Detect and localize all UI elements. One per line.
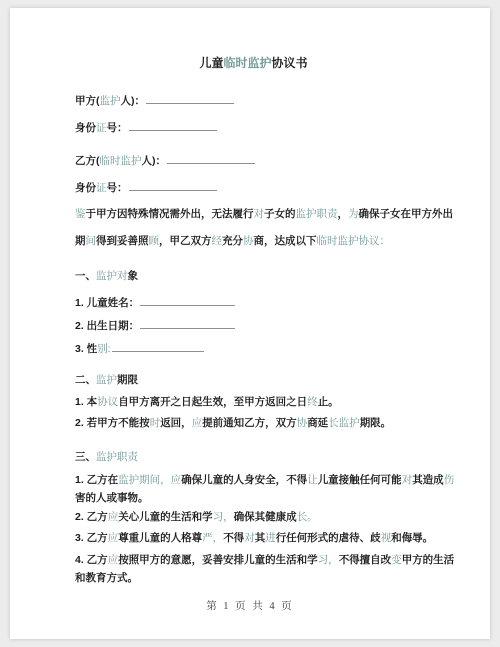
section-1-item-2: 2. 出生日期： <box>75 318 432 333</box>
text-segment: 1. 本 <box>75 396 97 408</box>
section-1-item-1: 1. 儿童姓名： <box>75 295 432 310</box>
text-segment: 得到妥善照 <box>96 235 149 247</box>
page-number-text: 第 1 页 共 4 页 <box>206 601 294 612</box>
text-segment: 应 <box>108 511 119 523</box>
text-segment: 对 <box>254 208 265 220</box>
preamble-line-1: 鉴于甲方因特殊情况需外出，无法履行对子女的监护职责，为确保子女在甲方外出 <box>75 208 432 221</box>
text-segment: 习， <box>318 554 339 566</box>
section-3-item-1-cont: 害的人或事物。 <box>75 492 432 505</box>
text-segment: 号： <box>107 182 128 194</box>
text-segment: 号： <box>107 122 128 134</box>
text-segment: 不得 <box>223 532 244 544</box>
text-segment: 监护职责 <box>96 451 138 463</box>
text-segment: 一、 <box>75 270 96 282</box>
text-segment: 和侮辱。 <box>391 532 433 544</box>
text-segment: 甲方( <box>75 95 100 107</box>
text-segment: 让 <box>307 474 318 486</box>
party-a-name-line: 甲方(监护人)： <box>75 93 432 108</box>
party-b-name-line: 乙方(临时监护人)： <box>75 153 432 168</box>
text-segment: 充分 <box>222 235 243 247</box>
text-segment: 确保子女在甲方外出 <box>359 208 454 220</box>
text-segment: 期限。 <box>360 417 392 429</box>
section-3-heading: 三、监护职责 <box>75 451 432 464</box>
text-segment: 三、 <box>75 451 96 463</box>
text-segment: 人)： <box>121 95 146 107</box>
text-segment: 3. 性 <box>75 343 97 355</box>
text-segment: 临时监护 <box>100 155 142 167</box>
text-segment: 监护 <box>100 95 121 107</box>
section-2-item-1: 1. 本协议自甲方离开之日起生效，至甲方返回之日终止。 <box>75 396 432 409</box>
section-3-item-4-cont: 和教育方式。 <box>75 572 432 585</box>
text-segment: 2. 出生日期： <box>75 320 139 332</box>
text-segment: 儿童接触任何可能 <box>318 474 402 486</box>
text-segment: 协 <box>297 417 308 429</box>
section-1-heading: 一、监护对象 <box>75 270 432 283</box>
text-segment: 证 <box>96 122 107 134</box>
text-segment: 其 <box>255 532 266 544</box>
document-body: 儿童临时监护协议书甲方(监护人)：身份证号：乙方(临时监护人)：身份证号：鉴于甲… <box>75 55 432 585</box>
text-segment: 关心儿童的生活和学 <box>118 511 213 523</box>
section-2-item-2: 2. 若甲方不能按时返回，应提前通知乙方，双方协商延长监护期限。 <box>75 417 432 430</box>
text-segment: 人)： <box>142 155 167 167</box>
text-segment: 应 <box>108 554 119 566</box>
section-3-item-4: 4. 乙方应按照甲方的意愿，妥善安排儿童的生活和学习，不得擅自改变甲方的生活 <box>75 554 432 567</box>
document-page: 儿童临时监护协议书甲方(监护人)：身份证号：乙方(临时监护人)：身份证号：鉴于甲… <box>10 8 490 639</box>
text-segment: 期 <box>75 235 86 247</box>
text-segment: 为 <box>348 208 359 220</box>
text-segment: 商延 <box>307 417 328 429</box>
text-segment: 变 <box>391 554 402 566</box>
text-segment: ， <box>338 208 349 220</box>
text-segment: 商，达成以下 <box>254 235 317 247</box>
text-segment: 监护职责 <box>296 208 338 220</box>
text-segment: 象 <box>128 270 139 282</box>
text-segment: 应 <box>108 532 119 544</box>
text-segment: 协议 <box>97 396 118 408</box>
text-segment: 身份 <box>75 122 96 134</box>
text-segment: 儿童 <box>199 56 223 70</box>
text-segment: 子女的 <box>264 208 296 220</box>
text-segment: 终 <box>307 396 318 408</box>
text-segment: 临时监护协议： <box>317 235 391 247</box>
text-segment: 返回， <box>160 417 192 429</box>
text-segment: 乙方( <box>75 155 100 167</box>
text-segment: 尊重儿童的人格尊 <box>118 532 202 544</box>
text-segment: 其造成 <box>412 474 444 486</box>
text-segment: 长。 <box>297 511 318 523</box>
document-title: 儿童临时监护协议书 <box>75 55 432 71</box>
text-segment: 对 <box>402 474 413 486</box>
party-b-id-line: 身份证号： <box>75 180 432 195</box>
text-segment: 协 <box>243 235 254 247</box>
text-segment: 临时监护 <box>223 56 271 70</box>
text-segment: 身份 <box>75 182 96 194</box>
text-segment: 害的人或事物。 <box>75 492 149 504</box>
text-segment: 应 <box>192 417 203 429</box>
blank-underline <box>140 295 235 306</box>
blank-underline <box>146 93 234 104</box>
text-segment: 甲方的生活 <box>402 554 455 566</box>
text-segment: 间 <box>86 235 97 247</box>
section-3-item-3: 3. 乙方应尊重儿童的人格尊严，不得对其进行任何形式的虐待、歧视和侮辱。 <box>75 532 432 545</box>
text-segment: 伤 <box>444 474 455 486</box>
text-segment: 2. 乙方 <box>75 511 108 523</box>
text-segment: 长监护 <box>328 417 360 429</box>
text-segment: 期限 <box>117 374 138 386</box>
text-segment: 1. 乙方在 <box>75 474 118 486</box>
text-segment: 2. 若甲方不能按 <box>75 417 150 429</box>
text-segment: 止。 <box>318 396 339 408</box>
document-viewer-canvas: 儿童临时监护协议书甲方(监护人)：身份证号：乙方(临时监护人)：身份证号：鉴于甲… <box>0 0 500 647</box>
text-segment: 别: <box>97 343 110 355</box>
blank-underline <box>140 318 235 329</box>
party-a-id-line: 身份证号： <box>75 120 432 135</box>
text-segment: 1. 儿童姓名： <box>75 297 139 309</box>
section-1-item-3: 3. 性别: <box>75 341 432 356</box>
text-segment: 和教育方式。 <box>75 572 138 584</box>
text-segment: 监护期间，应 <box>118 474 181 486</box>
page-footer: 第 1 页 共 4 页 <box>10 600 490 613</box>
text-segment: 确保儿童的人身安全，不得 <box>181 474 307 486</box>
text-segment: 监护 <box>96 374 117 386</box>
text-segment: 行任何形式的虐待、歧 <box>276 532 381 544</box>
blank-underline <box>112 341 204 352</box>
text-segment: 经 <box>212 235 223 247</box>
text-segment: 确保其健康成 <box>234 511 297 523</box>
text-segment: 时 <box>150 417 161 429</box>
preamble-line-2: 期间得到妥善照顾，甲乙双方经充分协商，达成以下临时监护协议： <box>75 235 432 248</box>
blank-underline <box>167 153 255 164</box>
text-segment: 协议书 <box>272 56 308 70</box>
text-segment: 提前通知乙方，双方 <box>202 417 297 429</box>
text-segment: 证 <box>96 182 107 194</box>
text-segment: 顾 <box>149 235 160 247</box>
text-segment: 进 <box>265 532 276 544</box>
text-segment: 4. 乙方 <box>75 554 108 566</box>
text-segment: 习， <box>213 511 234 523</box>
section-2-heading: 二、监护期限 <box>75 374 432 387</box>
blank-underline <box>129 120 217 131</box>
text-segment: 视 <box>381 532 392 544</box>
text-segment: 严， <box>202 532 223 544</box>
text-segment: 二、 <box>75 374 96 386</box>
text-segment: ，甲乙双方 <box>159 235 212 247</box>
text-segment: 按照甲方的意愿，妥善安排儿童的生活和学 <box>118 554 318 566</box>
text-segment: 对 <box>244 532 255 544</box>
text-segment: 鉴 <box>75 208 86 220</box>
section-3-item-2: 2. 乙方应关心儿童的生活和学习，确保其健康成长。 <box>75 511 432 524</box>
section-3-item-1: 1. 乙方在监护期间，应确保儿童的人身安全，不得让儿童接触任何可能对其造成伤 <box>75 474 432 487</box>
text-segment: 3. 乙方 <box>75 532 108 544</box>
text-segment: 于甲方因特殊情况需外出，无法履行 <box>86 208 254 220</box>
text-segment: 监护对 <box>96 270 128 282</box>
blank-underline <box>129 180 217 191</box>
text-segment: 不得擅自改 <box>339 554 392 566</box>
text-segment: 自甲方离开之日起生效，至甲方返回之日 <box>118 396 307 408</box>
